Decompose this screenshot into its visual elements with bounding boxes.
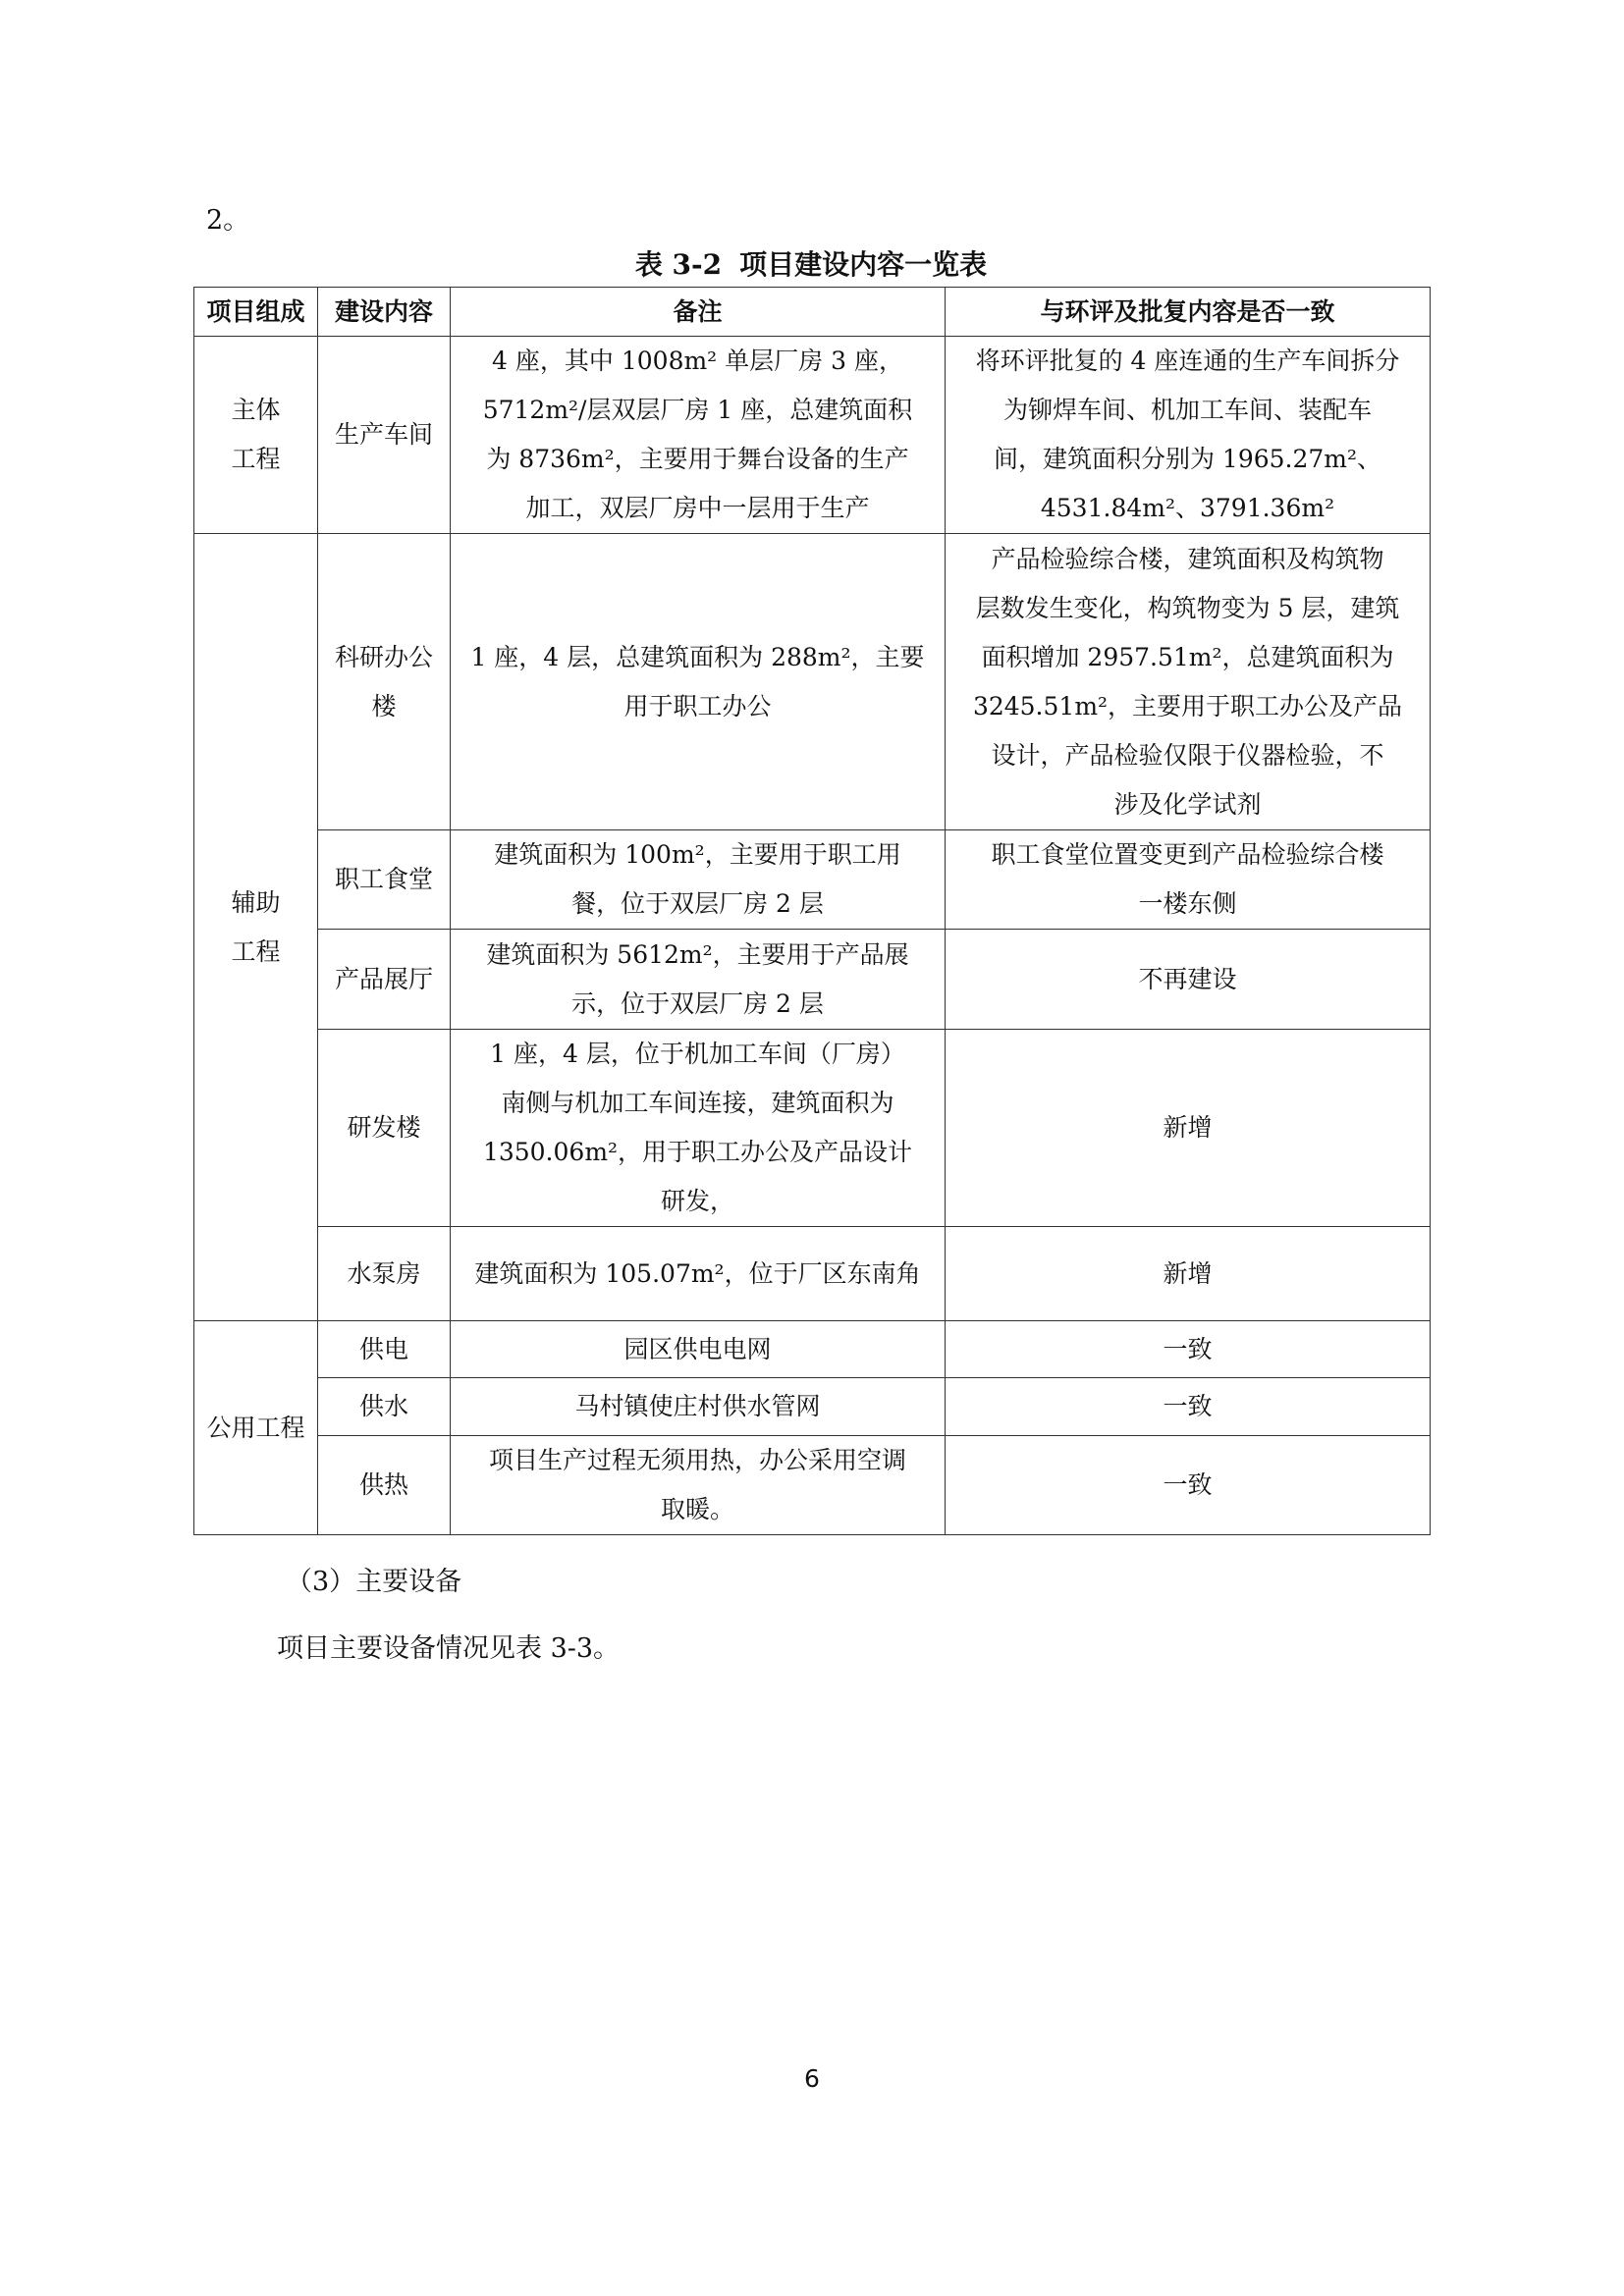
table-row: 产品展厅 建筑面积为 5612m²，主要用于产品展 示，位于双层厂房 2 层 不… (194, 930, 1431, 1030)
item-cell: 科研办公 楼 (318, 534, 451, 830)
note-cell: 4 座，其中 1008m² 单层厂房 3 座， 5712m²/层双层厂房 1 座… (451, 337, 946, 534)
consistency-cell: 将环评批复的 4 座连通的生产车间拆分 为铆焊车间、机加工车间、装配车 间，建筑… (946, 337, 1431, 534)
item-cell: 供电 (318, 1321, 451, 1378)
table-row: 公用工程 供电 园区供电电网 一致 (194, 1321, 1431, 1378)
header-remarks: 备注 (451, 288, 946, 337)
note-cell: 建筑面积为 105.07m²，位于厂区东南角 (451, 1227, 946, 1321)
item-cell: 职工食堂 (318, 830, 451, 930)
table-row: 研发楼 1 座，4 层，位于机加工车间（厂房） 南侧与机加工车间连接，建筑面积为… (194, 1030, 1431, 1227)
consistency-cell: 不再建设 (946, 930, 1431, 1030)
item-cell: 产品展厅 (318, 930, 451, 1030)
note-cell: 园区供电电网 (451, 1321, 946, 1378)
note-cell: 建筑面积为 5612m²，主要用于产品展 示，位于双层厂房 2 层 (451, 930, 946, 1030)
consistency-cell: 新增 (946, 1030, 1431, 1227)
item-cell: 供热 (318, 1436, 451, 1535)
table-row: 供热 项目生产过程无须用热，办公采用空调 取暖。 一致 (194, 1436, 1431, 1535)
group-cell: 公用工程 (194, 1321, 318, 1535)
note-cell: 项目生产过程无须用热，办公采用空调 取暖。 (451, 1436, 946, 1535)
group-cell: 主体 工程 (194, 337, 318, 534)
note-cell: 马村镇使庄村供水管网 (451, 1378, 946, 1436)
consistency-cell: 一致 (946, 1378, 1431, 1436)
header-consistency: 与环评及批复内容是否一致 (946, 288, 1431, 337)
note-cell: 1 座，4 层，总建筑面积为 288m²，主要 用于职工办公 (451, 534, 946, 830)
table-row: 职工食堂 建筑面积为 100m²，主要用于职工用 餐，位于双层厂房 2 层 职工… (194, 830, 1431, 930)
consistency-cell: 新增 (946, 1227, 1431, 1321)
consistency-cell: 产品检验综合楼，建筑面积及构筑物 层数发生变化，构筑物变为 5 层，建筑 面积增… (946, 534, 1431, 830)
lead-text: 2。 (206, 201, 249, 240)
table-row: 辅助 工程 科研办公 楼 1 座，4 层，总建筑面积为 288m²，主要 用于职… (194, 534, 1431, 830)
section-heading: （3）主要设备 (286, 1561, 461, 1604)
table-header-row: 项目组成 建设内容 备注 与环评及批复内容是否一致 (194, 288, 1431, 337)
consistency-cell: 一致 (946, 1436, 1431, 1535)
table-caption: 表 3-2项目建设内容一览表 (193, 245, 1429, 285)
note-cell: 建筑面积为 100m²，主要用于职工用 餐，位于双层厂房 2 层 (451, 830, 946, 930)
table-caption-number: 表 3-2 (635, 248, 722, 281)
item-cell: 供水 (318, 1378, 451, 1436)
table-row: 主体 工程 生产车间 4 座，其中 1008m² 单层厂房 3 座， 5712m… (194, 337, 1431, 534)
page-number: 6 (0, 2064, 1624, 2093)
note-cell: 1 座，4 层，位于机加工车间（厂房） 南侧与机加工车间连接，建筑面积为 135… (451, 1030, 946, 1227)
item-cell: 水泵房 (318, 1227, 451, 1321)
group-cell: 辅助 工程 (194, 534, 318, 1321)
table-caption-title: 项目建设内容一览表 (739, 248, 987, 281)
table-row: 水泵房 建筑面积为 105.07m²，位于厂区东南角 新增 (194, 1227, 1431, 1321)
construction-content-table: 项目组成 建设内容 备注 与环评及批复内容是否一致 主体 工程 生产车间 4 座… (193, 287, 1431, 1535)
item-cell: 生产车间 (318, 337, 451, 534)
body-paragraph: 项目主要设备情况见表 3-3。 (277, 1628, 620, 1671)
header-construction-content: 建设内容 (318, 288, 451, 337)
item-cell: 研发楼 (318, 1030, 451, 1227)
table-row: 供水 马村镇使庄村供水管网 一致 (194, 1378, 1431, 1436)
consistency-cell: 一致 (946, 1321, 1431, 1378)
consistency-cell: 职工食堂位置变更到产品检验综合楼 一楼东侧 (946, 830, 1431, 930)
header-project-composition: 项目组成 (194, 288, 318, 337)
